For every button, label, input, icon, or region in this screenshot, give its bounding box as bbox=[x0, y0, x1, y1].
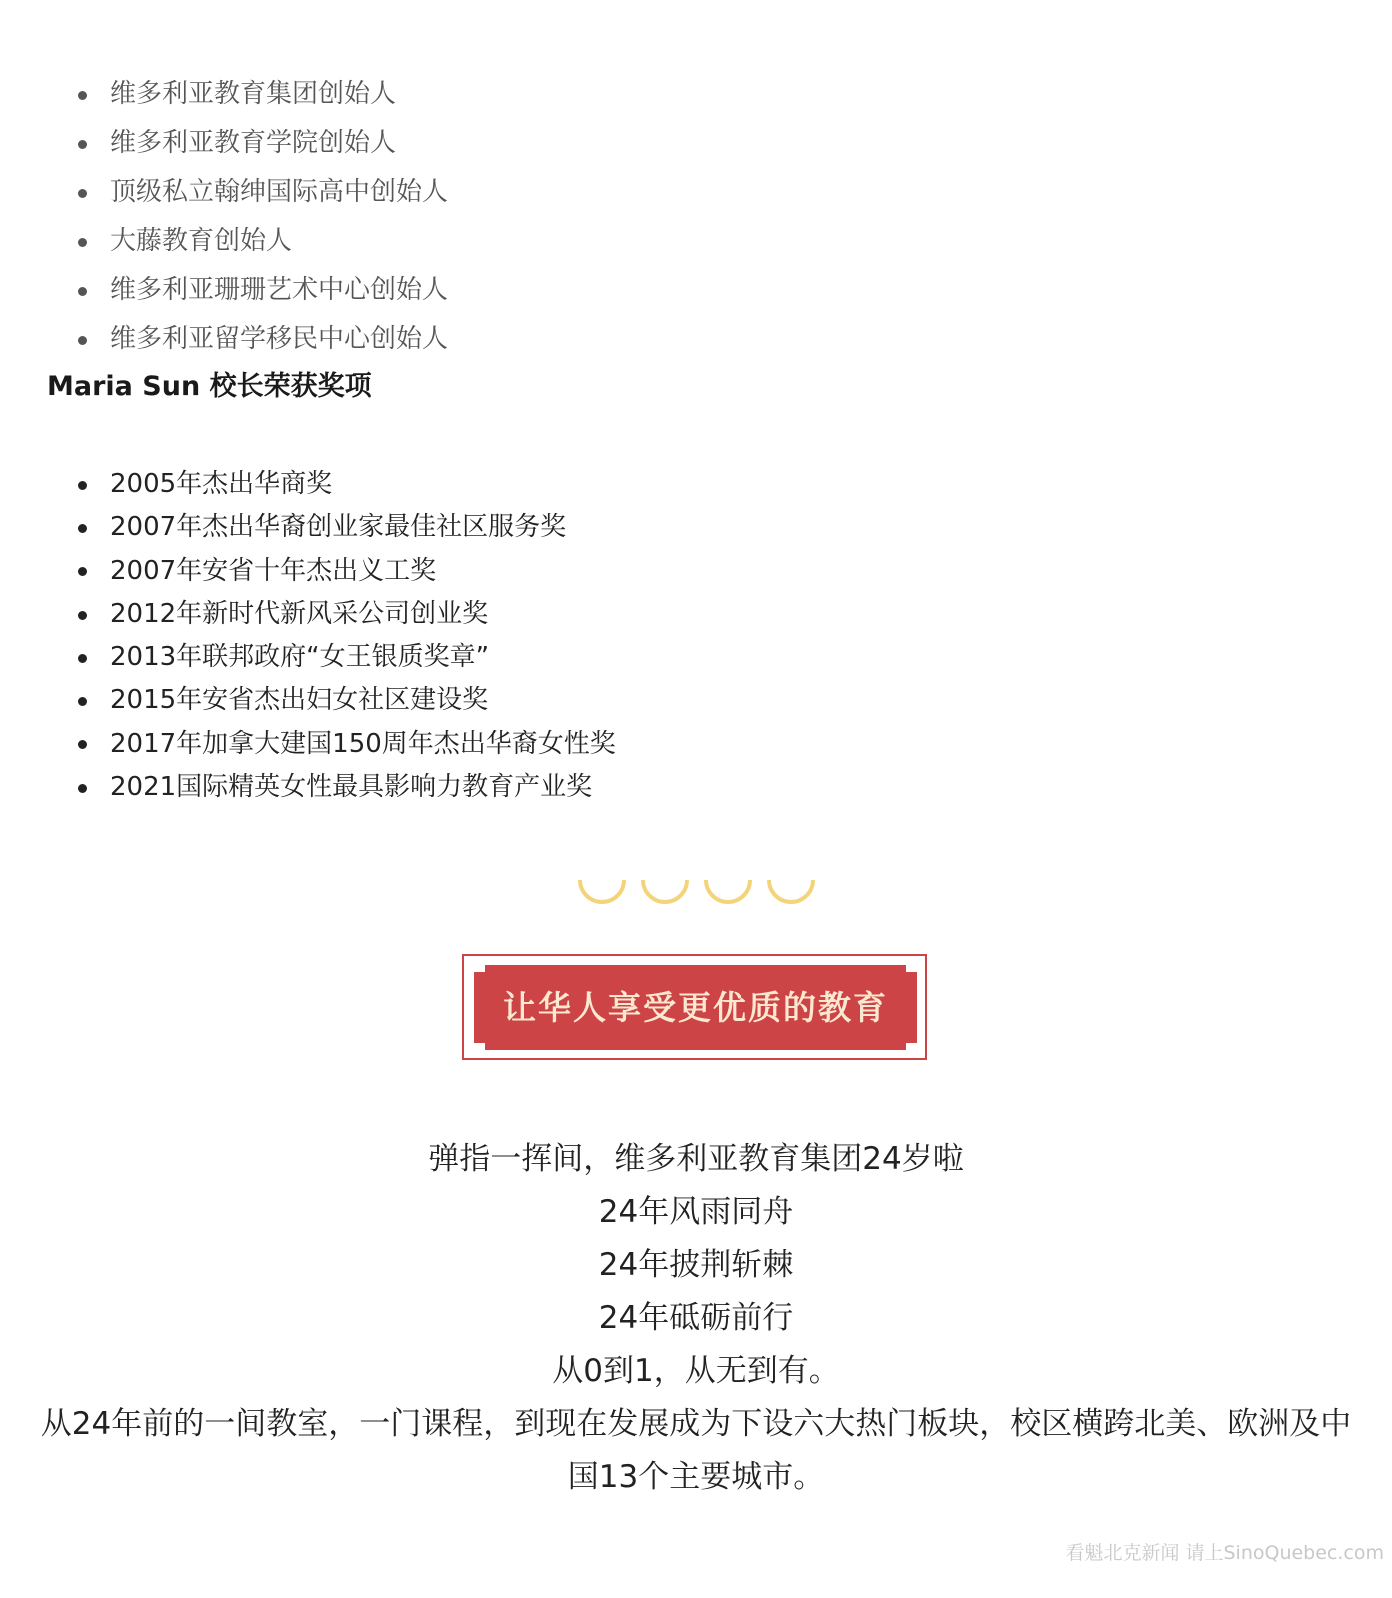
bullet-icon bbox=[78, 567, 87, 576]
arc-icon bbox=[767, 880, 815, 904]
bullet-icon bbox=[78, 140, 87, 149]
bullet-icon bbox=[78, 287, 87, 296]
bullet-icon bbox=[78, 524, 87, 533]
award-item: 2005年杰出华商奖 bbox=[0, 463, 616, 506]
awards-heading: Maria Sun 校长荣获奖项 bbox=[47, 367, 372, 407]
bullet-icon bbox=[78, 784, 87, 793]
bullet-icon bbox=[78, 238, 87, 247]
founder-role-item: 维多利亚珊珊艺术中心创始人 bbox=[0, 266, 448, 315]
bullet-icon bbox=[78, 697, 87, 706]
story-line: 24年披荆斩棘 bbox=[40, 1239, 1352, 1292]
story-line: 从0到1，从无到有。 bbox=[40, 1345, 1352, 1398]
founder-role-item: 维多利亚教育集团创始人 bbox=[0, 70, 448, 119]
founder-role-item: 维多利亚教育学院创始人 bbox=[0, 119, 448, 168]
arc-icon bbox=[578, 880, 626, 904]
founder-roles-list: 维多利亚教育集团创始人 维多利亚教育学院创始人 顶级私立翰绅国际高中创始人 大藤… bbox=[0, 70, 448, 364]
bullet-icon bbox=[78, 189, 87, 198]
arc-icon bbox=[704, 880, 752, 904]
watermark: 看魁北克新闻 请上SinoQuebec.com bbox=[1065, 1538, 1384, 1565]
story-line: 24年风雨同舟 bbox=[40, 1186, 1352, 1239]
bullet-icon bbox=[78, 740, 87, 749]
award-item: 2012年新时代新风采公司创业奖 bbox=[0, 593, 616, 636]
award-item: 2007年杰出华裔创业家最佳社区服务奖 bbox=[0, 506, 616, 549]
awards-list: 2005年杰出华商奖 2007年杰出华裔创业家最佳社区服务奖 2007年安省十年… bbox=[0, 463, 616, 809]
award-item: 2007年安省十年杰出义工奖 bbox=[0, 550, 616, 593]
bullet-icon bbox=[78, 481, 87, 490]
story-line: 从24年前的一间教室，一门课程，到现在发展成为下设六大热门板块，校区横跨北美、欧… bbox=[40, 1398, 1352, 1504]
award-item: 2017年加拿大建国150周年杰出华裔女性奖 bbox=[0, 723, 616, 766]
bullet-icon bbox=[78, 611, 87, 620]
slogan-banner-text: 让华人享受更优质的教育 bbox=[474, 965, 917, 1050]
founder-role-item: 顶级私立翰绅国际高中创始人 bbox=[0, 168, 448, 217]
decorative-arcs bbox=[578, 880, 818, 906]
founder-role-item: 大藤教育创始人 bbox=[0, 217, 448, 266]
bullet-icon bbox=[78, 336, 87, 345]
story-line: 24年砥砺前行 bbox=[40, 1292, 1352, 1345]
bullet-icon bbox=[78, 654, 87, 663]
story-paragraph: 弹指一挥间，维多利亚教育集团24岁啦 24年风雨同舟 24年披荆斩棘 24年砥砺… bbox=[40, 1133, 1352, 1504]
story-line: 弹指一挥间，维多利亚教育集团24岁啦 bbox=[40, 1133, 1352, 1186]
founder-role-item: 维多利亚留学移民中心创始人 bbox=[0, 315, 448, 364]
bullet-icon bbox=[78, 91, 87, 100]
award-item: 2013年联邦政府“女王银质奖章” bbox=[0, 636, 616, 679]
award-item: 2015年安省杰出妇女社区建设奖 bbox=[0, 679, 616, 722]
arc-icon bbox=[641, 880, 689, 904]
award-item: 2021国际精英女性最具影响力教育产业奖 bbox=[0, 766, 616, 809]
